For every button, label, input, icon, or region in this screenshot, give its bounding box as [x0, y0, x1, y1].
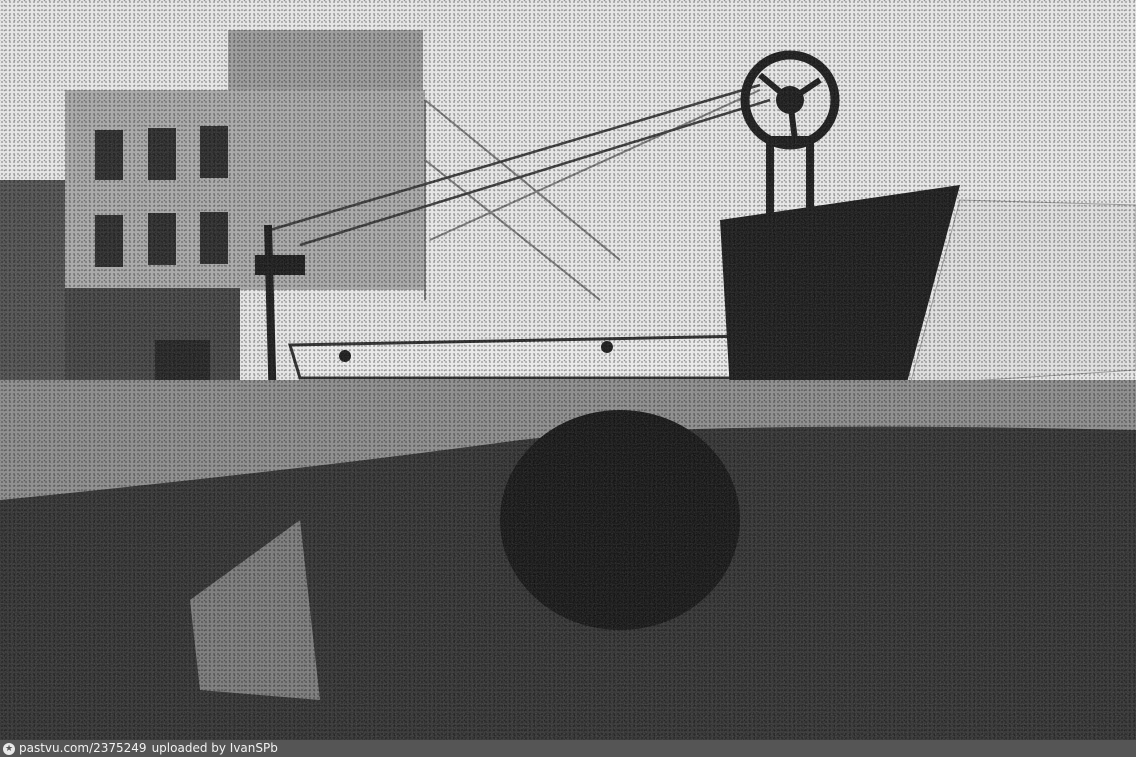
photo-scene [0, 0, 1136, 740]
caption-bar: ★ pastvu.com/2375249 uploaded by IvanSPb [0, 740, 1136, 757]
historical-photo [0, 0, 1136, 740]
pastvu-star-icon: ★ [3, 743, 15, 755]
source-link[interactable]: pastvu.com/2375249 [19, 740, 147, 757]
uploader-text: uploaded by IvanSPb [152, 740, 278, 757]
image-frame: ★ pastvu.com/2375249 uploaded by IvanSPb [0, 0, 1136, 757]
